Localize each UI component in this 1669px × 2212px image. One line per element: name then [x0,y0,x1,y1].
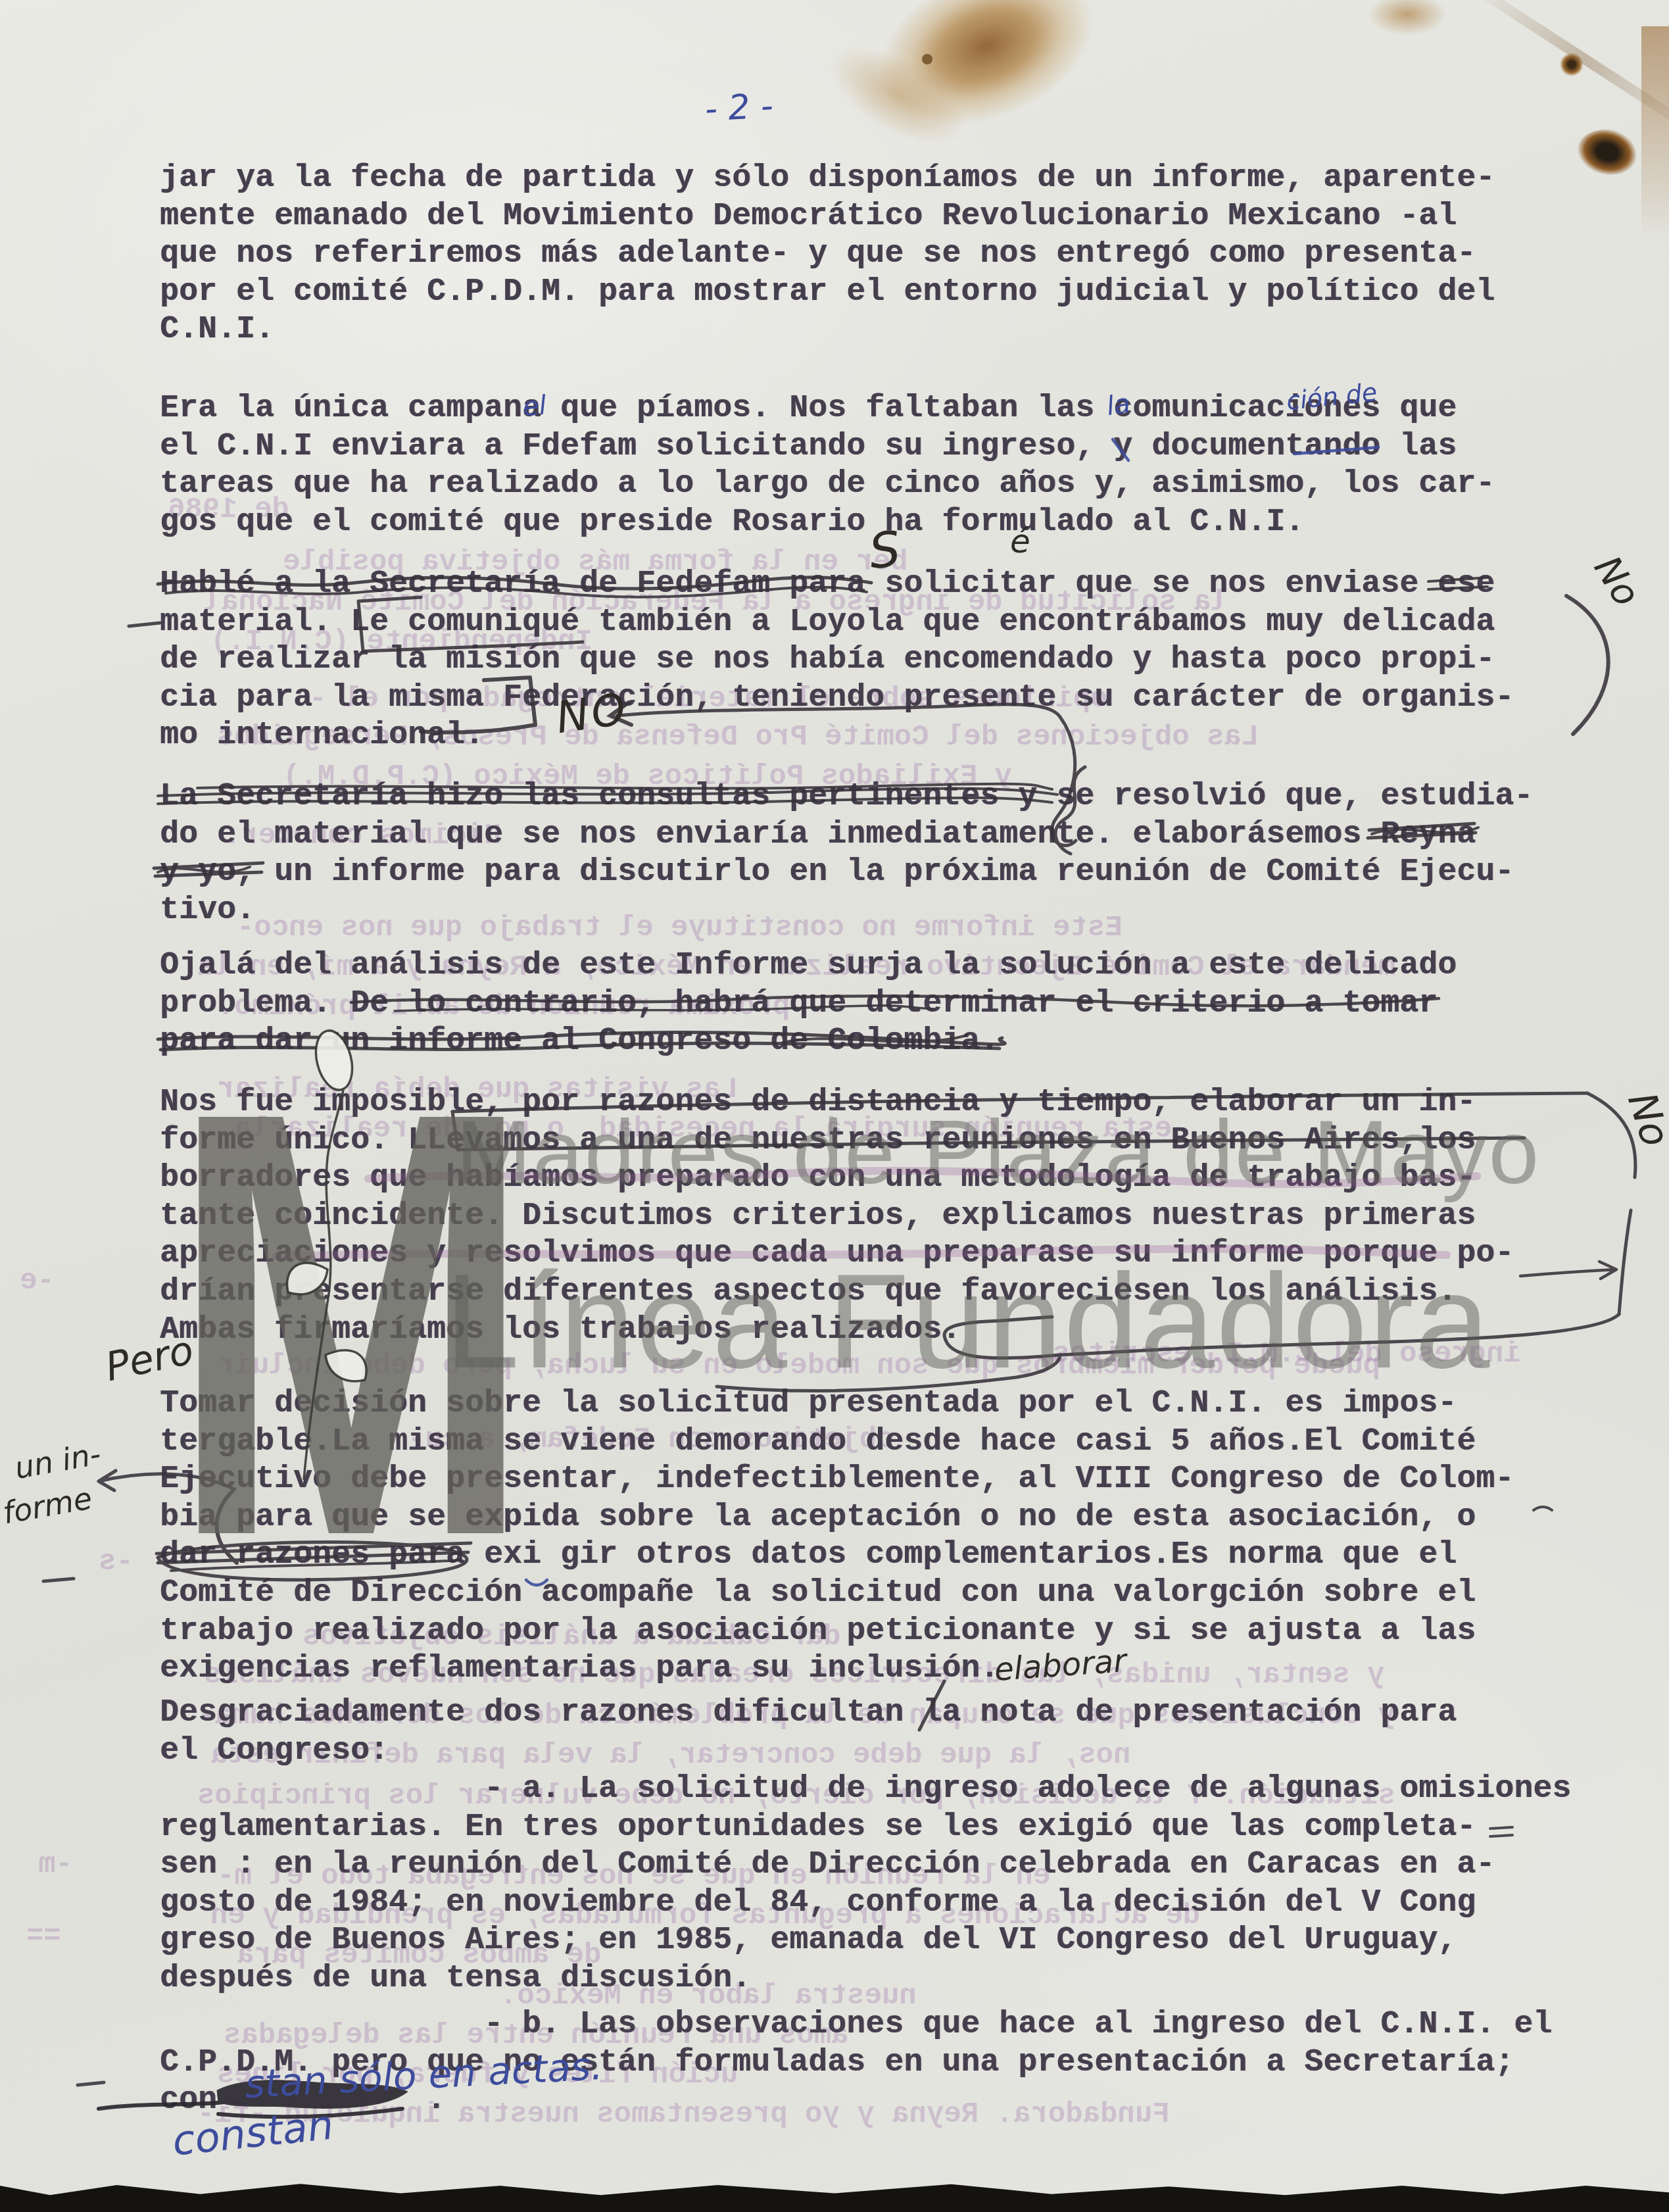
typed-paragraph-8: Desgraciadamente dos razones dificultan … [160,1694,1457,1770]
spot-dot [922,54,932,64]
bleedthrough-line: -e [20,1266,55,1296]
stain-top-small [1368,0,1447,36]
stain-top-tail [814,26,981,164]
handwritten-no-margin-1: No [1587,551,1645,612]
watermark-line-2: Línea Fundadora [445,1254,1491,1389]
handwritten-correction-el: el [521,393,547,421]
bleedthrough-line: -m [38,1850,73,1880]
handwritten-no-inline: NO [554,687,631,741]
right-edge-stain [1641,26,1669,243]
handwritten-no-margin-2: No [1622,1088,1669,1151]
burn-hole [1572,122,1643,182]
handwritten-page-number: - 2 - [704,89,774,126]
handwritten-capital-s: S [867,525,902,577]
handwritten-correction-la: la [1105,391,1132,420]
bleedthrough-line: -s [99,1547,133,1577]
typed-list-item-a: - a. La solicitud de ingreso adolece de … [160,1771,1571,1998]
handwritten-accent-e: é [1010,525,1030,558]
typed-paragraph-1: jar ya la fecha de partida y sólo dispon… [160,160,1495,349]
handwritten-margin-forme: forme [1,1483,94,1529]
handwritten-elaborar: elaborar [994,1645,1128,1686]
stain-top-large [856,0,1117,155]
handwritten-margin-un-in: un in- [12,1438,103,1483]
corner-crease [1467,0,1669,139]
typed-paragraph-4: La Secretaría hizo las consultas pertine… [160,778,1533,929]
watermark-line-1: Madres de Plaza de Mayo [456,1107,1540,1198]
bleedthrough-line: == [26,1922,61,1952]
burn-dot [1560,53,1584,76]
scanned-typewritten-page: ber en la forma más objetiva posiblela s… [0,0,1669,2212]
torn-bottom-edge [0,2175,1669,2212]
typed-paragraph-3: Hablé a la Secretaría de Fedefam para so… [160,566,1514,755]
